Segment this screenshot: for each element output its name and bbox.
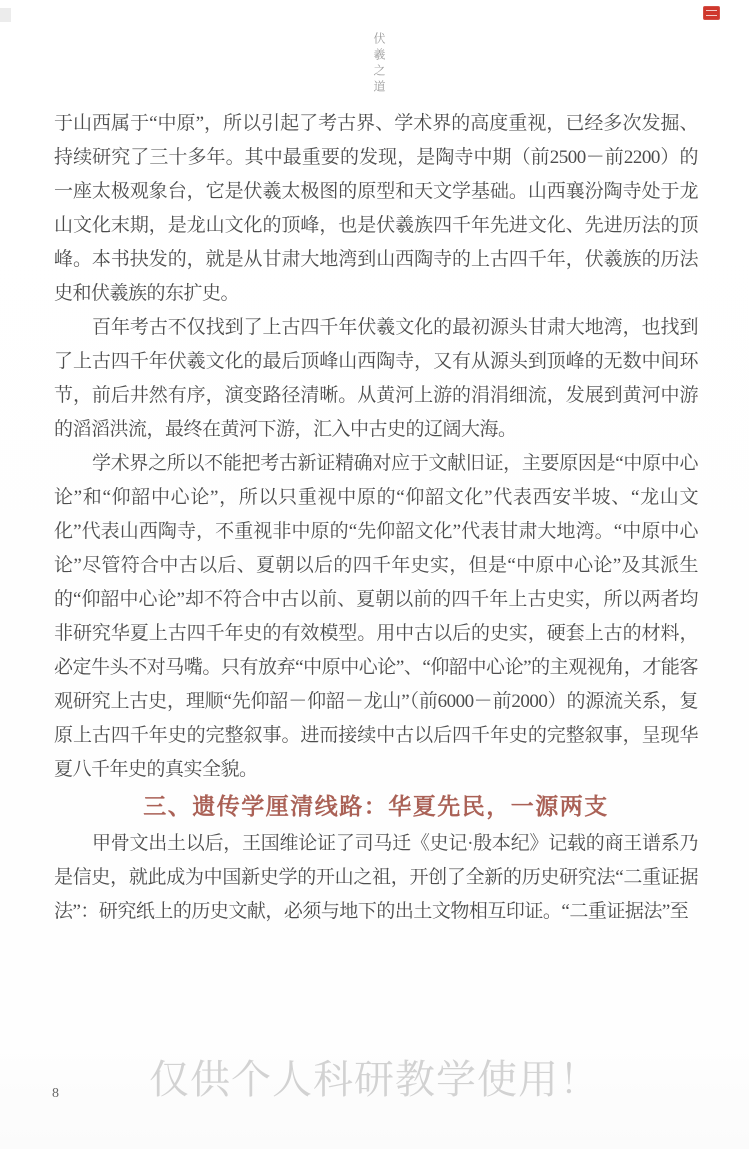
running-head-title: 伏羲之道	[371, 32, 388, 96]
body-paragraph: 学术界之所以不能把考古新证精确对应于文献旧证，主要原因是“中原中心论”和“仰韶中…	[54, 447, 698, 787]
book-page: 伏羲之道 于山西属于“中原”，所以引起了考古界、学术界的高度重视，已经多次发掘、…	[0, 0, 749, 1149]
scan-smudge	[0, 8, 11, 22]
watermark-text: 仅供个人科研教学使用！	[0, 1048, 749, 1105]
section-heading: 三、遗传学厘清线路：华夏先民，一源两支	[54, 787, 698, 827]
text-column: 于山西属于“中原”，所以引起了考古界、学术界的高度重视，已经多次发掘、持续研究了…	[54, 107, 698, 929]
body-paragraph: 百年考古不仅找到了上古四千年伏羲文化的最初源头甘肃大地湾，也找到了上古四千年伏羲…	[54, 311, 698, 447]
body-paragraph: 甲骨文出土以后，王国维论证了司马迁《史记·殷本纪》记载的商王谱系乃是信史，就此成…	[54, 827, 698, 929]
page-number: 8	[52, 1086, 59, 1102]
body-paragraph: 于山西属于“中原”，所以引起了考古界、学术界的高度重视，已经多次发掘、持续研究了…	[54, 107, 698, 311]
red-seal-icon	[703, 6, 720, 20]
